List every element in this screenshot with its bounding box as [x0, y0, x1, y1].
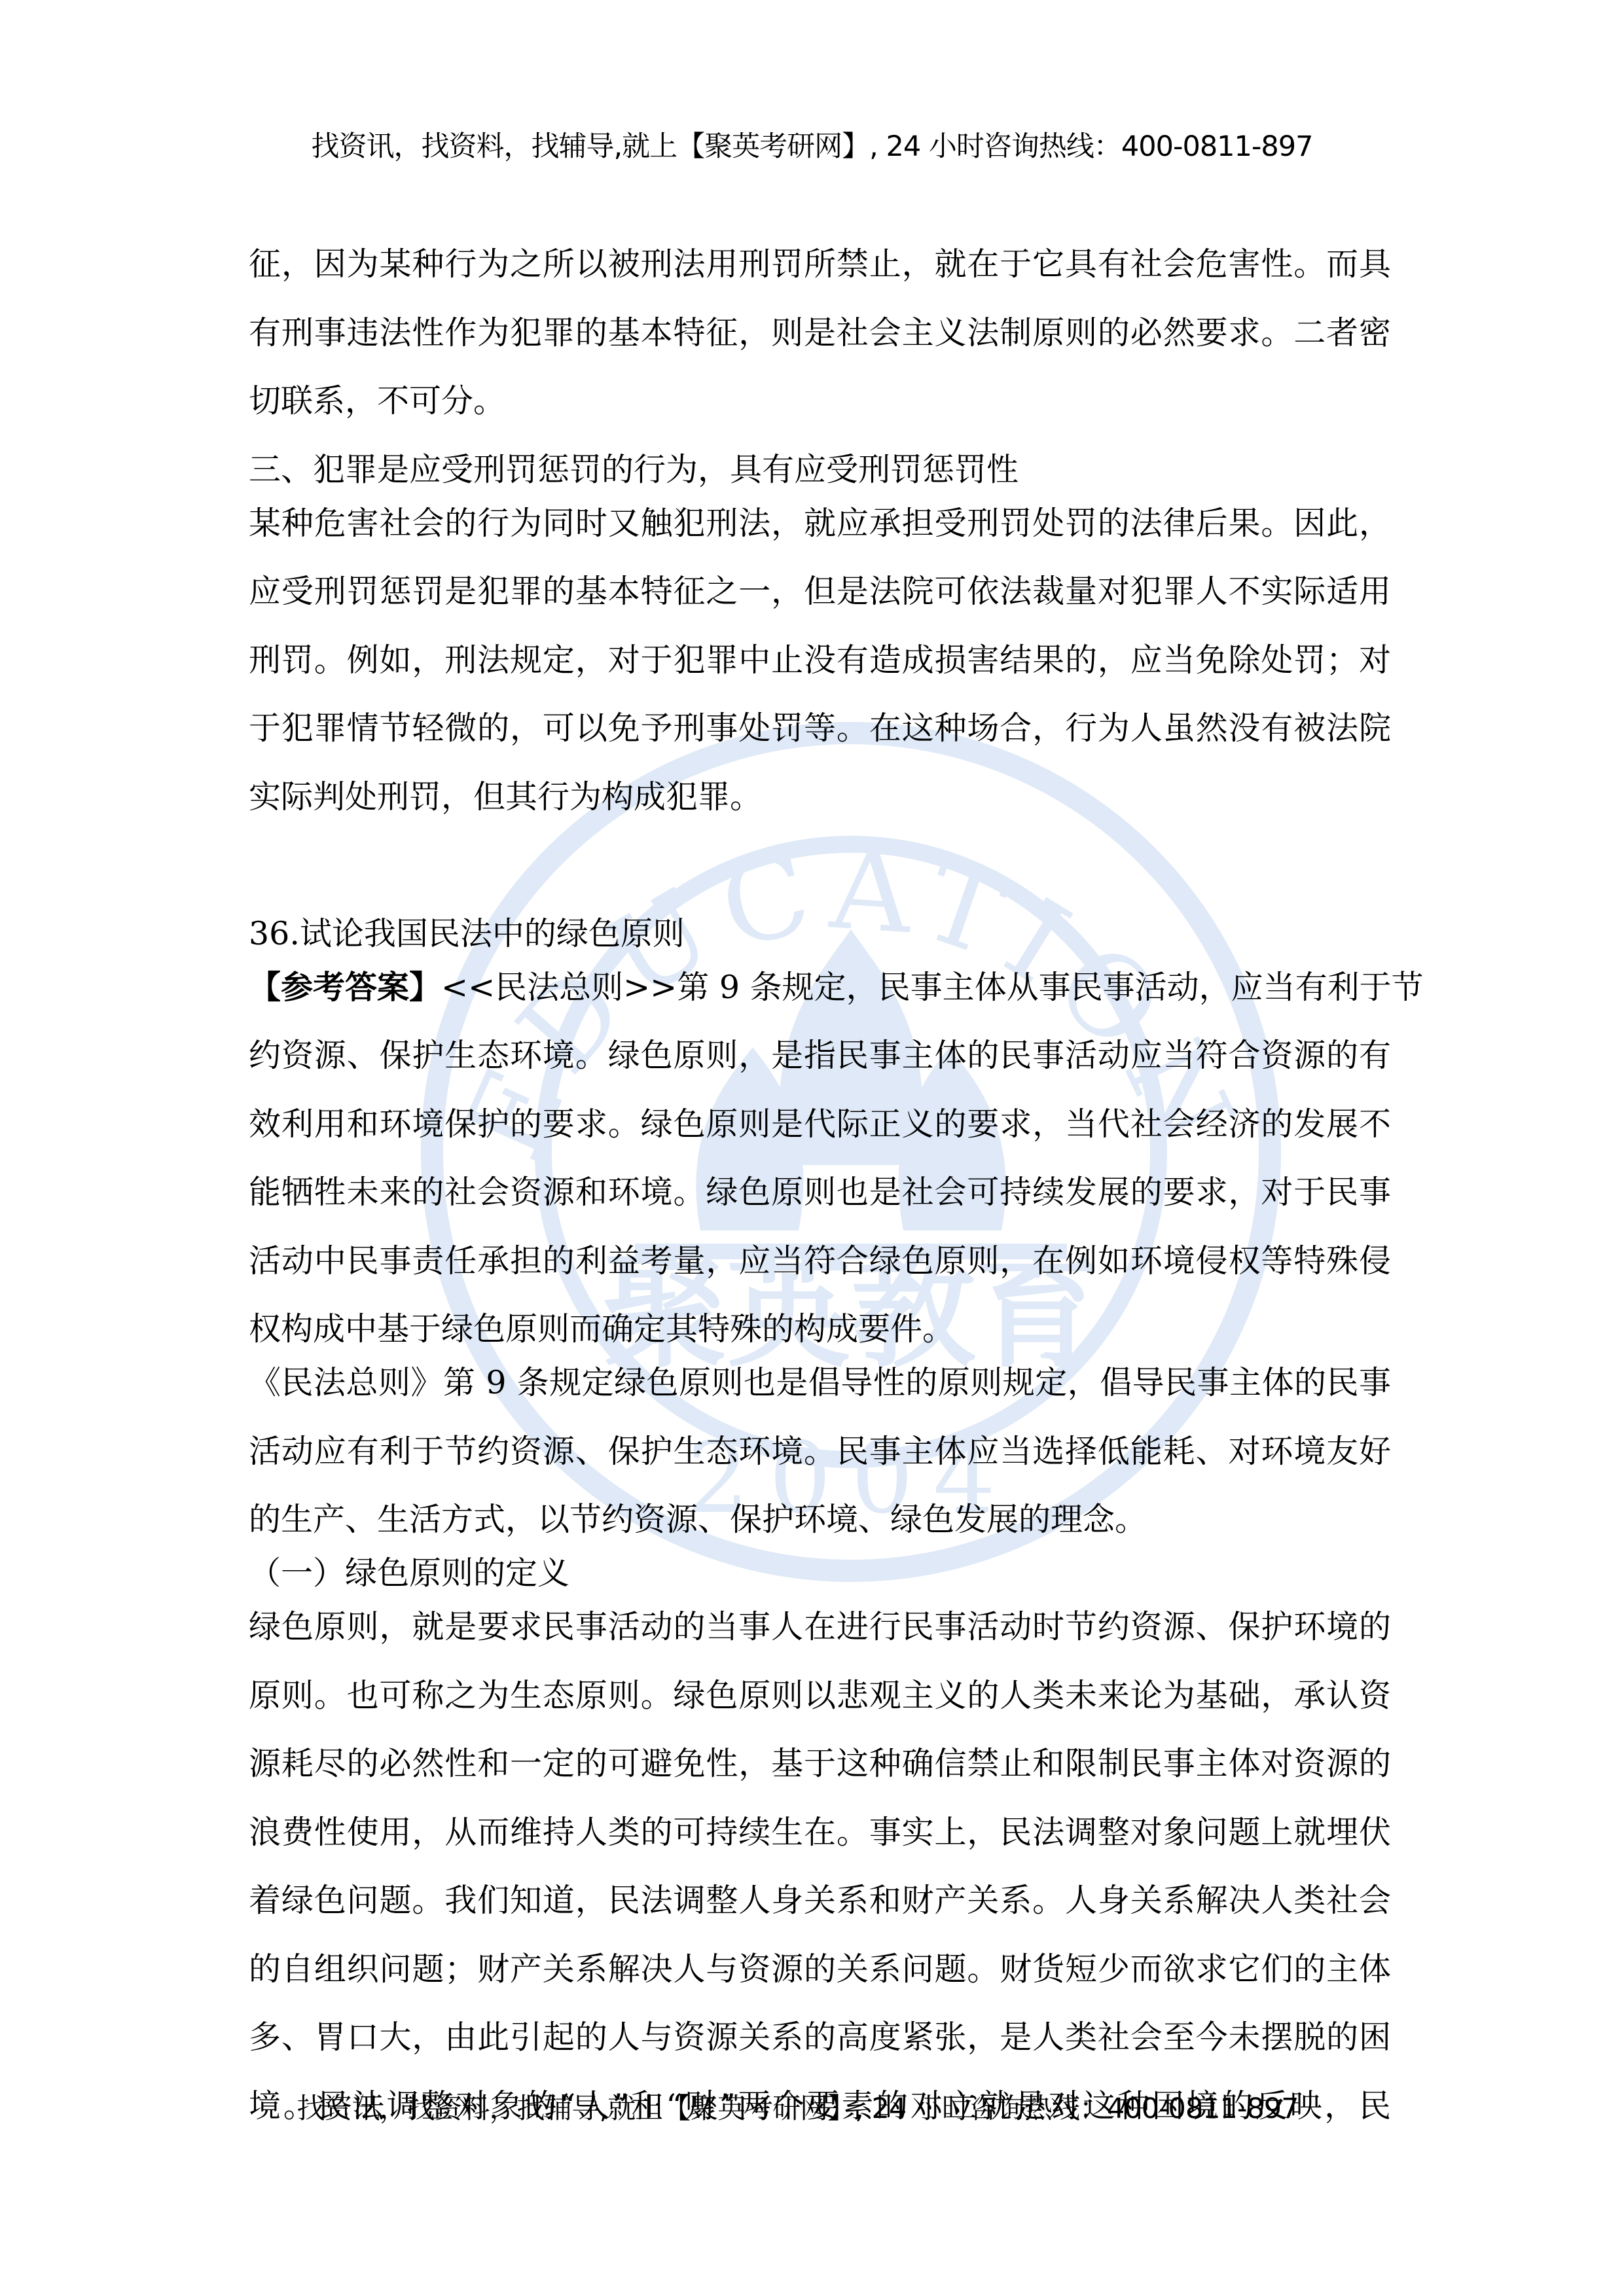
paragraph-line: 的生产、生活方式，以节约资源、保护环境、绿色发展的理念。	[249, 1486, 1391, 1539]
paragraph-line: 活动应有利于节约资源、保护生态环境。民事主体应当选择低能耗、对环境友好	[249, 1418, 1391, 1486]
paragraph-line: 应受刑罚惩罚是犯罪的基本特征之一，但是法院可依法裁量对犯罪人不实际适用	[249, 558, 1391, 626]
paragraph-line: 征，因为某种行为之所以被刑法用刑罚所禁止，就在于它具有社会危害性。而具	[249, 230, 1391, 299]
paragraph-line: 能牺牲未来的社会资源和环境。绿色原则也是社会可持续发展的要求，对于民事	[249, 1158, 1391, 1227]
paragraph-line: 多、胃口大，由此引起的人与资源关系的高度紧张，是人类社会至今未摆脱的困	[249, 2003, 1391, 2072]
answer-text: <<民法总则>>第 9 条规定，民事主体从事民事活动，应当有利于节	[441, 969, 1424, 1006]
section-heading: 三、犯罪是应受刑罚惩罚的行为，具有应受刑罚惩罚性	[249, 436, 1391, 490]
paragraph-line: 权构成中基于绿色原则而确定其特殊的构成要件。	[249, 1295, 1391, 1349]
paragraph-line: 效利用和环境保护的要求。绿色原则是代际正义的要求，当代社会经济的发展不	[249, 1090, 1391, 1159]
paragraph-line: 着绿色问题。我们知道，民法调整人身关系和财产关系。人身关系解决人类社会	[249, 1867, 1391, 1935]
blank-line	[249, 831, 1391, 900]
paragraph-line: 约资源、保护生态环境。绿色原则，是指民事主体的民事活动应当符合资源的有	[249, 1022, 1391, 1090]
paragraph-line: 的自组织问题；财产关系解决人与资源的关系问题。财货短少而欲求它们的主体	[249, 1935, 1391, 2004]
answer-label: 【参考答案】	[249, 969, 441, 1006]
paragraph-line: 有刑事违法性作为犯罪的基本特征，则是社会主义法制原则的必然要求。二者密	[249, 299, 1391, 368]
paragraph-line: 原则。也可称之为生态原则。绿色原则以悲观主义的人类未来论为基础，承认资	[249, 1662, 1391, 1731]
paragraph-line: 活动中民事责任承担的利益考量，应当符合绿色原则，在例如环境侵权等特殊侵	[249, 1227, 1391, 1296]
paragraph-line: 绿色原则，就是要求民事活动的当事人在进行民事活动时节约资源、保护环境的	[249, 1593, 1391, 1662]
paragraph-line: 《民法总则》第 9 条规定绿色原则也是倡导性的原则规定，倡导民事主体的民事	[249, 1349, 1391, 1418]
paragraph-line: 切联系，不可分。	[249, 367, 1391, 436]
subheading: （一）绿色原则的定义	[249, 1539, 1391, 1593]
paragraph-line: 浪费性使用，从而维持人类的可持续生在。事实上，民法调整对象问题上就埋伏	[249, 1799, 1391, 1867]
paragraph-line: 某种危害社会的行为同时又触犯刑法，就应承担受刑罚处罚的法律后果。因此，	[249, 490, 1391, 558]
paragraph-line: 源耗尽的必然性和一定的可避免性，基于这种确信禁止和限制民事主体对资源的	[249, 1730, 1391, 1799]
paragraph-line: 刑罚。例如，刑法规定，对于犯罪中止没有造成损害结果的，应当免除处罚；对	[249, 626, 1391, 695]
paragraph-line: 实际判处刑罚，但其行为构成犯罪。	[249, 763, 1391, 832]
answer-first-line: 【参考答案】<<民法总则>>第 9 条规定，民事主体从事民事活动，应当有利于节	[249, 954, 1391, 1022]
question-title: 36.试论我国民法中的绿色原则	[249, 900, 1391, 954]
document-body: 征，因为某种行为之所以被刑法用刑罚所禁止，就在于它具有社会危害性。而具 有刑事违…	[249, 230, 1391, 2140]
paragraph-line: 于犯罪情节轻微的，可以免予刑事处罚等。在这种场合，行为人虽然没有被法院	[249, 694, 1391, 763]
page-header: 找资讯，找资料，找辅导,就上【聚英考研网】, 24 小时咨询热线：400-081…	[0, 124, 1624, 164]
page-footer: 找资讯，找资料，找辅导,就上【聚英考研网】, 24 小时咨询热线：400-081…	[0, 2087, 1610, 2126]
